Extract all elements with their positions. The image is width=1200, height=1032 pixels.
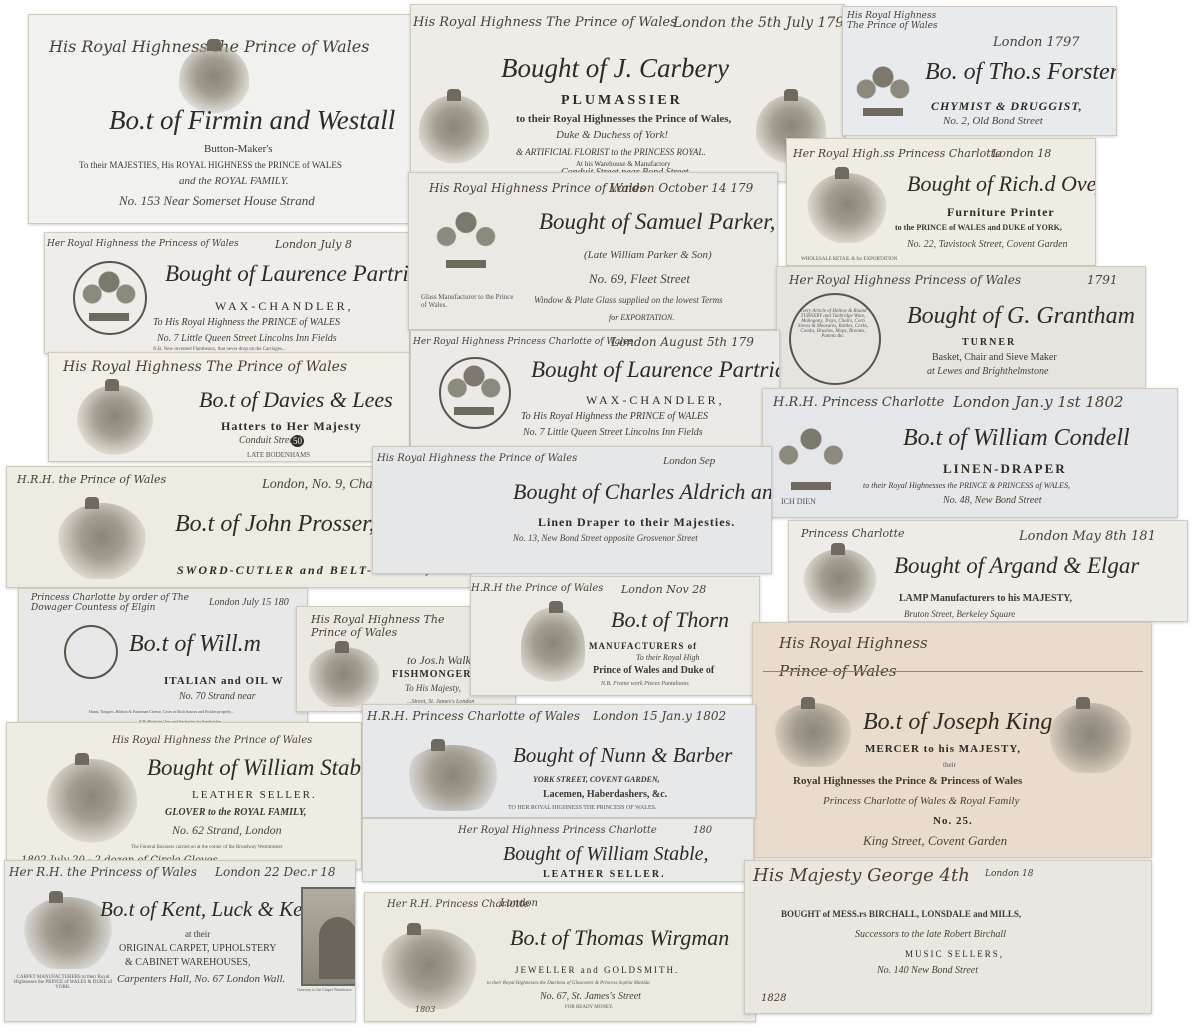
bill-nunn-barber: H.R.H. Princess Charlotte of Wales Londo… <box>362 704 756 818</box>
addressee: H.R.H. the Prince of Wales <box>17 473 166 486</box>
royal-arms-crest-icon <box>57 503 147 579</box>
bill-wirgman: Her R.H. Princess Charlotte London Bo.t … <box>364 892 756 1022</box>
addressee: H.R.H. Princess Charlotte of Wales <box>367 709 580 723</box>
date: London <box>500 898 538 909</box>
address: No. 140 New Bond Street <box>877 965 978 976</box>
footer: The Funeral Business carried on at the c… <box>131 845 283 850</box>
address: No. 7 Little Queen Street Lincolns Inn F… <box>523 427 703 438</box>
merchant-name: Bought of Laurence Partridge <box>165 261 410 287</box>
trade: MERCER to his MAJESTY, <box>865 743 1021 755</box>
date: London 18 <box>992 147 1051 160</box>
trade: PLUMASSIER <box>561 93 683 109</box>
bill-argand-elgar: Princess Charlotte London May 8th 181 Bo… <box>788 520 1188 622</box>
address: No. 2, Old Bond Street <box>943 115 1043 127</box>
merchant-name: Bo.t of Thomas Wirgman <box>510 925 729 951</box>
address: King Street, Covent Garden <box>863 833 1007 849</box>
trade: Button-Maker's <box>204 143 273 155</box>
addressee: Princess Charlotte <box>801 527 905 540</box>
merchant-name: Bought of Argand & Elgar <box>894 553 1139 579</box>
date: London Nov 28 <box>621 583 706 596</box>
addressee: Her R.H. the Princess of Wales <box>9 865 197 879</box>
addressee: His Royal Highness the Prince of Wales <box>112 735 312 746</box>
addressee: Her Royal Highness Princess Charlotte of… <box>413 337 633 347</box>
footer: FOR READY MONEY. <box>565 1005 613 1010</box>
patronage-line: to the PRINCE of WALES and DUKE of YORK, <box>895 223 1062 232</box>
royal-arms-crest-icon-left <box>773 703 853 767</box>
address: No. 67, St. James's Street <box>540 991 641 1002</box>
date: London October 14 179 <box>609 181 753 195</box>
bill-parker: His Royal Highness Prince of Wales Londo… <box>408 172 778 330</box>
patronage-line: & CABINET WAREHOUSES, <box>125 957 250 968</box>
trade: ORIGINAL CARPET, UPHOLSTERY <box>119 943 277 954</box>
address: No. 153 Near Somerset House Strand <box>119 193 315 209</box>
trade: WAX-CHANDLER, <box>586 393 725 408</box>
date: 1791 <box>1087 273 1118 287</box>
carpenters-hall-gateway-icon <box>301 887 356 986</box>
merchant-name: Bo. of Tho.s Forster <box>925 59 1117 86</box>
addressee: His Majesty George 4th <box>753 865 970 886</box>
merchant-name: Bought of William Stable, <box>503 843 709 866</box>
bill-grantham: Her Royal Highness Princess of Wales 179… <box>776 266 1146 390</box>
merchant-name: Bought of Samuel Parker, <box>539 209 775 235</box>
trade: Furniture Printer <box>947 205 1055 220</box>
sun-and-feathers-icon <box>771 419 851 499</box>
gateway-caption: Gateway to the Carpet Warehouse <box>297 987 351 992</box>
medallion-text: Every Article of Hollow & Round TURNERY … <box>797 309 869 339</box>
date: London Sep <box>663 455 715 467</box>
trade: MUSIC SELLERS, <box>905 949 1004 959</box>
date: London 1797 <box>993 35 1080 50</box>
address: No. 48, New Bond Street <box>943 495 1042 506</box>
patronage-line: To His Royal Highness the PRINCE of WALE… <box>521 411 708 422</box>
address: No. 22, Tavistock Street, Covent Garden <box>907 239 1068 250</box>
address-number: No. 25. <box>933 815 973 827</box>
merchant-name: Bought of Laurence Partridge <box>531 357 780 383</box>
address: No. 7 Little Queen Street Lincolns Inn F… <box>157 333 337 344</box>
patronage-line: to their Royal Highnesses the PRINCE & P… <box>863 481 1070 490</box>
feathers-icon <box>444 361 504 421</box>
goods-line: Window & Plate Glass supplied on the low… <box>534 295 723 305</box>
bill-forster: His Royal Highness The Prince of Wales L… <box>842 6 1117 136</box>
merchant-name: Bo.t of Will.m <box>129 631 261 658</box>
turnery-medallion <box>789 293 881 385</box>
royal-arms-crest-icon <box>419 95 489 165</box>
patronage-line: to their Royal Highnesses the Dutchess o… <box>487 981 650 986</box>
address: YORK STREET, COVENT GARDEN, <box>533 775 660 784</box>
bill-carbery: His Royal Highness The Prince of Wales L… <box>410 4 845 182</box>
their-line: their <box>943 761 956 769</box>
feathers-icon <box>79 267 139 327</box>
year: 1803 <box>415 1005 435 1014</box>
address-number: 50 <box>291 435 304 447</box>
trade: JEWELLER and GOLDSMITH. <box>515 965 679 975</box>
date: London Jan.y 1st 1802 <box>953 393 1124 411</box>
patronage-line: To His Royal Highness the PRINCE of WALE… <box>153 317 340 328</box>
addressee: Her Royal Highness Princess of Wales <box>789 273 1021 287</box>
merchant-name: Bought of Nunn & Barber <box>513 743 732 768</box>
addressee: Her Royal Highness Princess Charlotte <box>458 825 657 836</box>
trade: LINEN-DRAPER <box>943 461 1067 477</box>
royal-arms-crest-icon-right <box>1048 703 1133 773</box>
merchant-name: Bo.t of Firmin and Westall <box>109 105 395 136</box>
royal-arms-crest-icon <box>379 929 479 1009</box>
export-line: for EXPORTATION. <box>609 313 674 322</box>
address: N.B. Frame work Pieces Pantaloons <box>601 681 689 687</box>
merchant-name: Bought of G. Grantham <box>907 303 1135 330</box>
divider <box>763 671 1143 672</box>
trade: TURNER <box>962 337 1016 348</box>
address: No. 70 Strand near <box>179 691 256 702</box>
trade: LAMP Manufacturers to his MAJESTY, <box>899 593 1072 604</box>
prince-of-wales-feathers-icon <box>431 205 501 275</box>
addressee: His Royal Highness The Prince of Wales <box>413 15 677 30</box>
patronage-line: TO HER ROYAL HIGHNESS THE PRINCESS OF WA… <box>508 805 656 811</box>
date: London July 15 180 <box>209 597 289 608</box>
patronage-line: GLOVER to the ROYAL FAMILY, <box>165 807 306 818</box>
patronage-line-2: Prince of Wales and Duke of <box>593 665 714 676</box>
patronage-line-2: and the ROYAL FAMILY. <box>179 175 288 187</box>
bill-king: His Royal Highness Prince of Wales Bo.t … <box>752 622 1152 858</box>
bill-davies-lees: His Royal Highness The Prince of Wales B… <box>48 352 410 462</box>
patronage-line: To their Royal High <box>636 653 699 662</box>
merchant-name: Bought of J. Carbery <box>501 53 729 84</box>
patronage-line-2: Princess Charlotte of Wales & Royal Fami… <box>823 795 1019 807</box>
date: London May 8th 181 <box>1019 529 1156 544</box>
footer-1: Hams, Tongues, Ribbon & Parmesan Cheese,… <box>89 709 234 714</box>
bill-firmin-westall: His Royal Highness the Prince of Wales B… <box>28 14 416 224</box>
bill-thorn: H.R.H the Prince of Wales London Nov 28 … <box>470 576 760 696</box>
at-their: at their <box>185 929 210 939</box>
bill-will-italian: Princess Charlotte by order of The Dowag… <box>18 588 308 728</box>
jar-emblem-icon <box>64 625 118 679</box>
crest-caption: Glass Manufacturer to the Prince of Wale… <box>421 293 521 309</box>
patronage-line: Royal Highnesses the Prince & Princess o… <box>793 775 1022 787</box>
merchant-name: Bo.t of William Condell <box>903 425 1130 452</box>
patronage-line: To their MAJESTIES, His ROYAL HIGHNESS t… <box>79 160 342 170</box>
address: at Lewes and Brighthelmstone <box>927 366 1048 377</box>
bill-partridge-1: Her Royal Highness the Princess of Wales… <box>44 232 410 354</box>
date: London July 8 <box>275 238 352 251</box>
merchant-name: Bo.t of Davies & Lees <box>199 387 393 413</box>
bill-kent-luck: Her R.H. the Princess of Wales London 22… <box>4 860 356 1022</box>
trade: WAX-CHANDLER, <box>215 299 354 314</box>
trade: Lacemen, Haberdashers, &c. <box>543 789 667 800</box>
trade: ITALIAN and OIL W <box>164 675 284 687</box>
addressee: H.R.H. Princess Charlotte <box>773 395 944 410</box>
address: No. 69, Fleet Street <box>589 271 690 287</box>
footer: LATE BODENHAMS <box>247 451 310 459</box>
address: Conduit Street <box>239 435 297 446</box>
royal-arms-crest-icon <box>307 647 381 707</box>
merchant-name: Bought of Rich.d Ovey <box>907 171 1096 197</box>
bill-aldrich: His Royal Highness the Prince of Wales L… <box>372 446 772 574</box>
merchant-name: Bought of William Stable, <box>147 755 362 781</box>
date: London 22 Dec.r 18 <box>215 865 336 879</box>
phoenix-emblem-icon <box>853 62 913 122</box>
addressee: Her Royal Highness the Princess of Wales <box>47 239 239 249</box>
patronage-line: to their Royal Highnesses the Prince of … <box>516 113 731 125</box>
date: London the 5th July 1799 <box>673 15 845 31</box>
bill-condell: H.R.H. Princess Charlotte London Jan.y 1… <box>762 388 1178 518</box>
billhead-collage: His Royal Highness the Prince of Wales B… <box>0 0 1200 1032</box>
addressee: Her Royal High.ss Princess Charlotte <box>793 147 1002 160</box>
addressee: His Royal Highness the Prince of Wales <box>377 453 577 464</box>
patronage-line-3: & ARTIFICIAL FLORIST to the PRINCESS ROY… <box>516 147 706 157</box>
bill-partridge-2: Her Royal Highness Princess Charlotte of… <box>410 330 780 448</box>
footer: WHOLESALE RETAIL & for EXPORTATION <box>801 257 897 262</box>
date: 180 <box>693 825 712 836</box>
bill-stable-1: His Royal Highness the Prince of Wales B… <box>6 722 362 870</box>
trade: Linen Draper to their Majesties. <box>538 515 735 530</box>
patronage-line: To His Majesty, <box>405 683 461 693</box>
trade: CHYMIST & DRUGGIST, <box>931 99 1083 114</box>
address: Bruton Street, Berkeley Square <box>904 609 1015 619</box>
bill-birchall: His Majesty George 4th London 18 BOUGHT … <box>744 860 1152 1014</box>
successor-line: Successors to the late Robert Birchall <box>855 929 1006 940</box>
date: London August 5th 179 <box>611 335 754 349</box>
addressee: His Royal Highness The Prince of Wales <box>311 613 461 639</box>
addressee: His Royal Highness The Prince of Wales <box>847 11 947 31</box>
date: London 18 <box>985 869 1033 879</box>
trade: FISHMONGER, <box>392 669 475 680</box>
royal-arms-crest-icon <box>403 745 503 811</box>
merchant-name: Bo.t of Thorn <box>611 607 729 633</box>
predecessor: (Late William Parker & Son) <box>584 249 712 261</box>
trade: LEATHER SELLER. <box>192 789 317 801</box>
royal-arms-crest-icon <box>47 759 137 843</box>
trade: Hatters to Her Majesty <box>221 419 362 434</box>
bill-stable-2: Her Royal Highness Princess Charlotte 18… <box>362 818 754 882</box>
trade: LEATHER SELLER. <box>543 869 666 880</box>
royal-arms-crest-icon <box>521 607 585 687</box>
merchant-name: BOUGHT of MESS.rs BIRCHALL, LONSDALE and… <box>781 909 1021 919</box>
addressee: Princess Charlotte by order of The Dowag… <box>31 593 201 613</box>
address: No. 62 Strand, London <box>172 823 282 838</box>
products-line: Basket, Chair and Sieve Maker <box>932 352 1057 363</box>
bill-ovey: Her Royal High.ss Princess Charlotte Lon… <box>786 138 1096 266</box>
merchant-name: Bo.t of Kent, Luck & Kents <box>100 897 327 922</box>
address: Carpenters Hall, No. 67 London Wall. <box>117 973 285 985</box>
address: No. 13, New Bond Street opposite Grosven… <box>513 533 698 543</box>
addressee: His Royal Highness Prince of Wales <box>779 629 959 685</box>
royal-arms-crest-icon <box>807 173 887 243</box>
royal-arms-crest-icon <box>77 385 153 455</box>
date: London 15 Jan.y 1802 <box>593 709 726 723</box>
merchant-name: Bought of Charles Aldrich and <box>513 479 772 505</box>
trade: MANUFACTURERS of <box>589 641 697 651</box>
merchant-name: Bo.t of Joseph King <box>863 709 1052 736</box>
motto: ICH DIEN <box>781 497 816 506</box>
royal-arms-crest-icon <box>803 549 877 613</box>
addressee: H.R.H the Prince of Wales <box>471 583 603 594</box>
crest-caption: CARPET MANUFACTURERS to their Royal High… <box>9 975 117 990</box>
year: 1828 <box>761 993 786 1004</box>
addressee: His Royal Highness The Prince of Wales <box>63 359 347 375</box>
patronage-line-2: Duke & Duchess of York! <box>556 129 668 141</box>
